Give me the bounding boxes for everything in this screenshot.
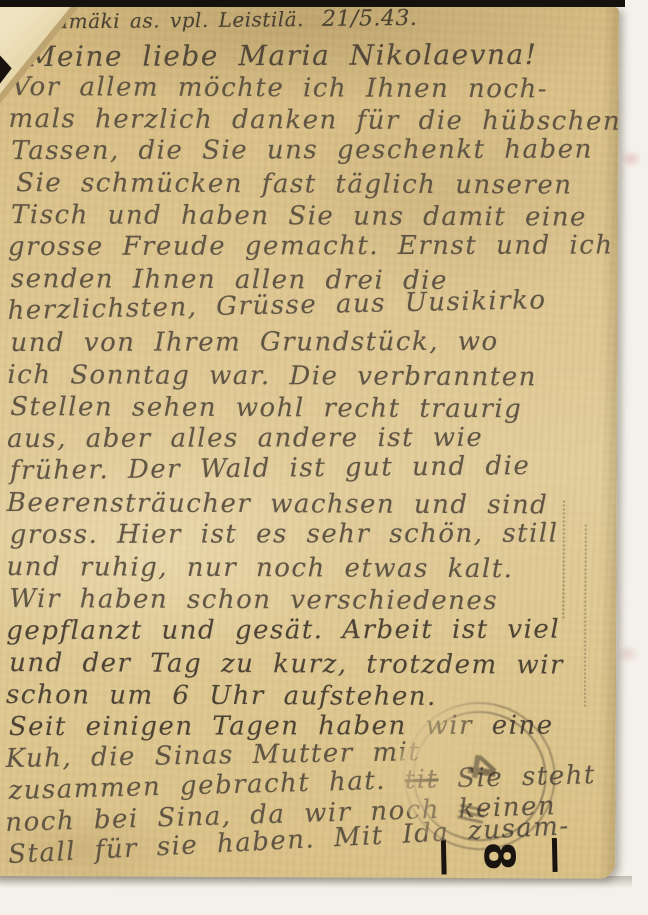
handwritten-line: früher. Der Wald ist gut und die (10, 450, 607, 488)
handwritten-line: Tisch und haben Sie uns damit eine (11, 200, 608, 235)
handwritten-line: Vor allem möchte ich Ihnen noch- (12, 72, 609, 107)
handwritten-line: und von Ihrem Grundstück, wo (10, 326, 607, 360)
handwritten-line: gross. Hier ist es sehr schön, still (10, 518, 607, 552)
header-date: 21/5.43. (322, 6, 418, 32)
censor-bar (441, 840, 447, 874)
postcard: Tuusamäki as. vpl. Leistilä.21/5.43. Mei… (0, 4, 619, 879)
handwritten-line: Stellen sehen wohl recht traurig (10, 392, 607, 427)
handwritten-line: Tassen, die Sie uns geschenkt haben (11, 135, 608, 169)
handwritten-line: ich Sonntag war. Die verbrannten (7, 360, 607, 395)
paper-background-smudge (616, 644, 640, 664)
handwritten-line: Wir haben schon verschiedenes (9, 584, 606, 619)
handwritten-line: mals herzlich danken für die hübschen (8, 104, 608, 139)
scanned-postcard-page: Tuusamäki as. vpl. Leistilä.21/5.43. Mei… (0, 0, 648, 915)
censor-number-mark: 8 (433, 833, 566, 882)
handwritten-line: grosse Freude gemacht. Ernst und ich (8, 230, 608, 264)
handwritten-line: Sie schmücken fast täglich unseren (16, 168, 608, 203)
handwritten-line: Beerensträucher wachsen und sind (7, 488, 607, 523)
handwritten-line: und der Tag zu kurz, trotzdem wir (9, 648, 606, 683)
salutation-line: Meine liebe Maria Nikolaevna! (27, 38, 609, 73)
paper-background-smudge (620, 150, 642, 168)
censor-bar (552, 838, 558, 872)
handwritten-line: und ruhig, nur noch etwas kalt. (6, 552, 606, 587)
scan-edge-top (0, 0, 625, 7)
handwritten-line: gepflanzt und gesät. Arbeit ist viel (6, 614, 606, 648)
censor-digit: 8 (474, 841, 524, 871)
